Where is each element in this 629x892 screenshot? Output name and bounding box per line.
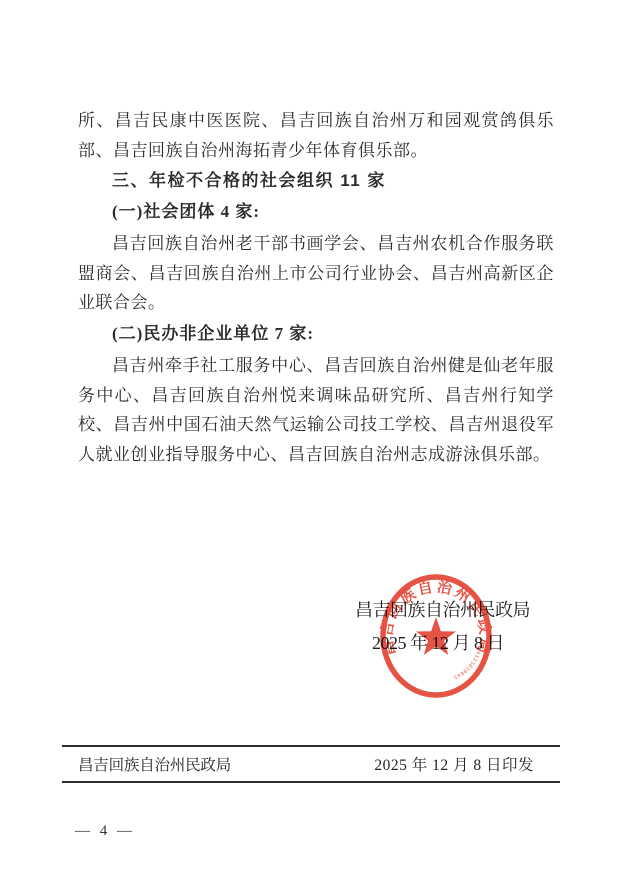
- colophon: 昌吉回族自治州民政局 2025 年 12 月 8 日印发: [62, 745, 560, 783]
- document-page: 所、昌吉民康中医医院、昌吉回族自治州万和园观赏鸽俱乐部、昌吉回族自治州海拓青少年…: [0, 0, 629, 892]
- signature-block: 昌吉回族自治州民政局 2025 年 12 月 8 日: [355, 599, 530, 654]
- page-number: — 4 —: [75, 823, 135, 840]
- colophon-row: 昌吉回族自治州民政局 2025 年 12 月 8 日印发: [62, 747, 560, 781]
- paragraph-private-units: 昌吉州牵手社工服务中心、昌吉回族自治州健是仙老年服务中心、昌吉回族自治州悦来调味…: [78, 351, 554, 469]
- signature-date: 2025 年 12 月 8 日: [372, 632, 530, 654]
- document-body: 所、昌吉民康中医医院、昌吉回族自治州万和园观赏鸽俱乐部、昌吉回族自治州海拓青少年…: [78, 106, 554, 469]
- subsection-heading-social-groups: (一)社会团体 4 家:: [78, 197, 554, 227]
- colophon-bottom-rule: [62, 781, 560, 783]
- paragraph-social-groups: 昌吉回族自治州老干部书画学会、昌吉州农机合作服务联盟商会、昌吉回族自治州上市公司…: [78, 229, 554, 318]
- colophon-print-date: 2025 年 12 月 8 日印发: [374, 753, 534, 775]
- section-heading-three: 三、年检不合格的社会组织 11 家: [78, 166, 554, 196]
- paragraph-continuation: 所、昌吉民康中医医院、昌吉回族自治州万和园观赏鸽俱乐部、昌吉回族自治州海拓青少年…: [78, 106, 554, 165]
- colophon-issuer: 昌吉回族自治州民政局: [78, 753, 231, 775]
- signature-issuer: 昌吉回族自治州民政局: [355, 599, 530, 621]
- seal-serial-number: 6523010045: [452, 650, 481, 680]
- subsection-heading-private-units: (二)民办非企业单位 7 家:: [78, 319, 554, 349]
